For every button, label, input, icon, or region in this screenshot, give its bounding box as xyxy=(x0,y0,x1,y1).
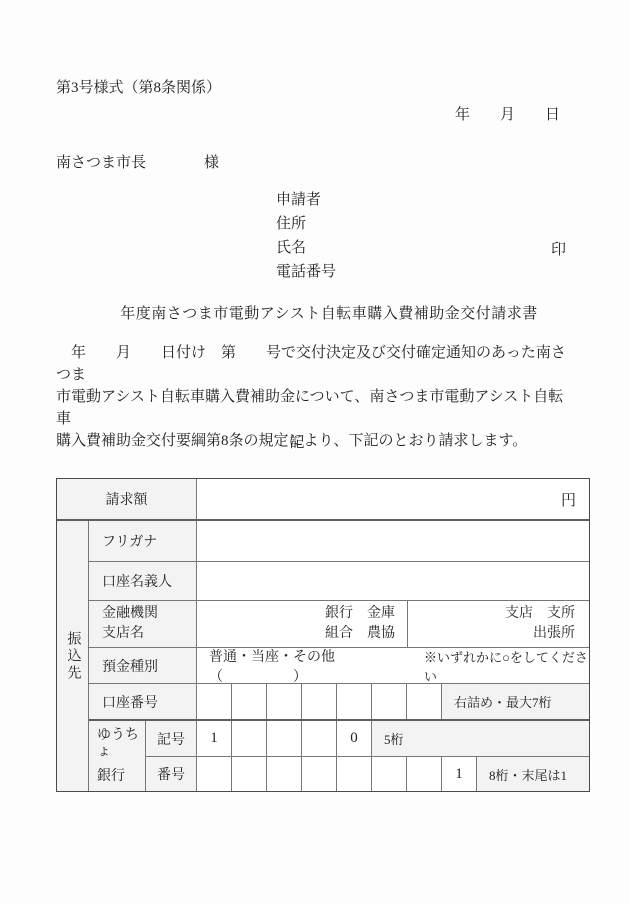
payment-request-table: 請求額 円 振込先 フリガナ 口座名義人 xyxy=(56,478,590,792)
kigo-digit-cell xyxy=(232,721,267,756)
bango-digit-cell xyxy=(372,757,407,791)
bango-digit-cell xyxy=(267,757,302,791)
bango-label: 番号 xyxy=(146,757,197,791)
kigo-note: 5桁 xyxy=(372,721,589,756)
applicant-phone-label: 電話番号 xyxy=(276,260,336,284)
institution-label: 金融機関 支店名 xyxy=(89,601,197,647)
deposit-type-row: 預金種別 普通・当座・その他（ ） ※いずれかに○をしてください xyxy=(89,648,589,684)
applicant-block: 申請者 住所 氏名 電話番号 xyxy=(276,188,336,284)
yucho-bank-label: ゆうちょ 銀行 xyxy=(89,721,146,791)
body-line: 年 月 日付け 第 号で交付決定及び交付確定通知のあった南さつま xyxy=(56,342,571,386)
document-page: 第3号様式（第8条関係） 年 月 日 南さつま市長 様 申請者 住所 氏名 電話… xyxy=(0,0,630,903)
kigo-digit-cell xyxy=(302,721,337,756)
yucho-kigo-row: 記号 1 0 5桁 xyxy=(146,721,589,757)
record-mark: 記 xyxy=(0,431,630,452)
institution-row: 金融機関 支店名 銀行 金庫 組合 農協 支店 支所 出張所 xyxy=(89,601,589,648)
kigo-digit-cell xyxy=(267,721,302,756)
addressee-honorific: 様 xyxy=(204,151,219,172)
document-title: 年度南さつま市電動アシスト自転車購入費補助金交付請求書 xyxy=(0,302,630,323)
claim-amount-field: 円 xyxy=(197,479,589,519)
account-digit-cell xyxy=(302,684,337,719)
account-holder-label: 口座名義人 xyxy=(89,562,197,600)
seal-mark: 印 xyxy=(551,238,566,259)
account-number-label: 口座番号 xyxy=(89,684,197,719)
account-number-note: 右詰め・最大7桁 xyxy=(442,684,589,719)
account-number-row: 口座番号 右詰め・最大7桁 xyxy=(89,684,589,721)
institution-type-field: 銀行 金庫 組合 農協 xyxy=(197,601,408,647)
transfer-vertical-label: 振込先 xyxy=(63,631,83,682)
furigana-field xyxy=(197,521,589,561)
account-digit-cell xyxy=(232,684,267,719)
applicant-heading: 申請者 xyxy=(276,188,336,212)
addressee-name: 南さつま市長 xyxy=(56,151,146,172)
kigo-label: 記号 xyxy=(146,721,197,756)
transfer-block: 振込先 フリガナ 口座名義人 金融機関 支店名 銀行 xyxy=(57,521,589,791)
applicant-name-label: 氏名 xyxy=(276,236,336,260)
kigo-digit-cell: 0 xyxy=(337,721,372,756)
bango-digit-cell xyxy=(407,757,442,791)
account-digit-cell xyxy=(197,684,232,719)
yucho-bango-row: 番号 1 8桁・末尾は1 xyxy=(146,757,589,791)
account-holder-field xyxy=(197,562,589,600)
yucho-bank-block: ゆうちょ 銀行 記号 1 0 5桁 xyxy=(89,721,589,791)
kigo-digit-cell: 1 xyxy=(197,721,232,756)
branch-type-field: 支店 支所 出張所 xyxy=(408,601,589,647)
form-number: 第3号様式（第8条関係） xyxy=(56,76,221,97)
deposit-options: 普通・当座・その他（ ） xyxy=(209,646,418,686)
applicant-address-label: 住所 xyxy=(276,212,336,236)
account-digit-cell xyxy=(267,684,302,719)
transfer-vertical-label-cell: 振込先 xyxy=(57,521,89,791)
bango-digit-cell xyxy=(302,757,337,791)
body-line: 市電動アシスト自転車購入費補助金について、南さつま市電動アシスト自転車 xyxy=(56,386,571,430)
bango-digit-cell xyxy=(337,757,372,791)
claim-amount-row: 請求額 円 xyxy=(57,479,589,521)
date-line: 年 月 日 xyxy=(455,103,560,124)
bango-digit-cell xyxy=(197,757,232,791)
addressee-line: 南さつま市長 様 xyxy=(56,151,219,172)
account-digit-cell xyxy=(407,684,442,719)
yen-unit: 円 xyxy=(561,489,576,510)
claim-amount-label: 請求額 xyxy=(57,479,197,519)
deposit-note: ※いずれかに○をしてください xyxy=(424,647,589,685)
deposit-type-label: 預金種別 xyxy=(89,648,197,683)
furigana-label: フリガナ xyxy=(89,521,197,561)
bango-digit-cell: 1 xyxy=(442,757,477,791)
account-digit-cell xyxy=(337,684,372,719)
bango-digit-cell xyxy=(232,757,267,791)
account-holder-row: 口座名義人 xyxy=(89,562,589,601)
account-digit-cell xyxy=(372,684,407,719)
deposit-type-field: 普通・当座・その他（ ） ※いずれかに○をしてください xyxy=(197,648,589,683)
furigana-row: フリガナ xyxy=(89,521,589,562)
bango-note: 8桁・末尾は1 xyxy=(477,757,589,791)
